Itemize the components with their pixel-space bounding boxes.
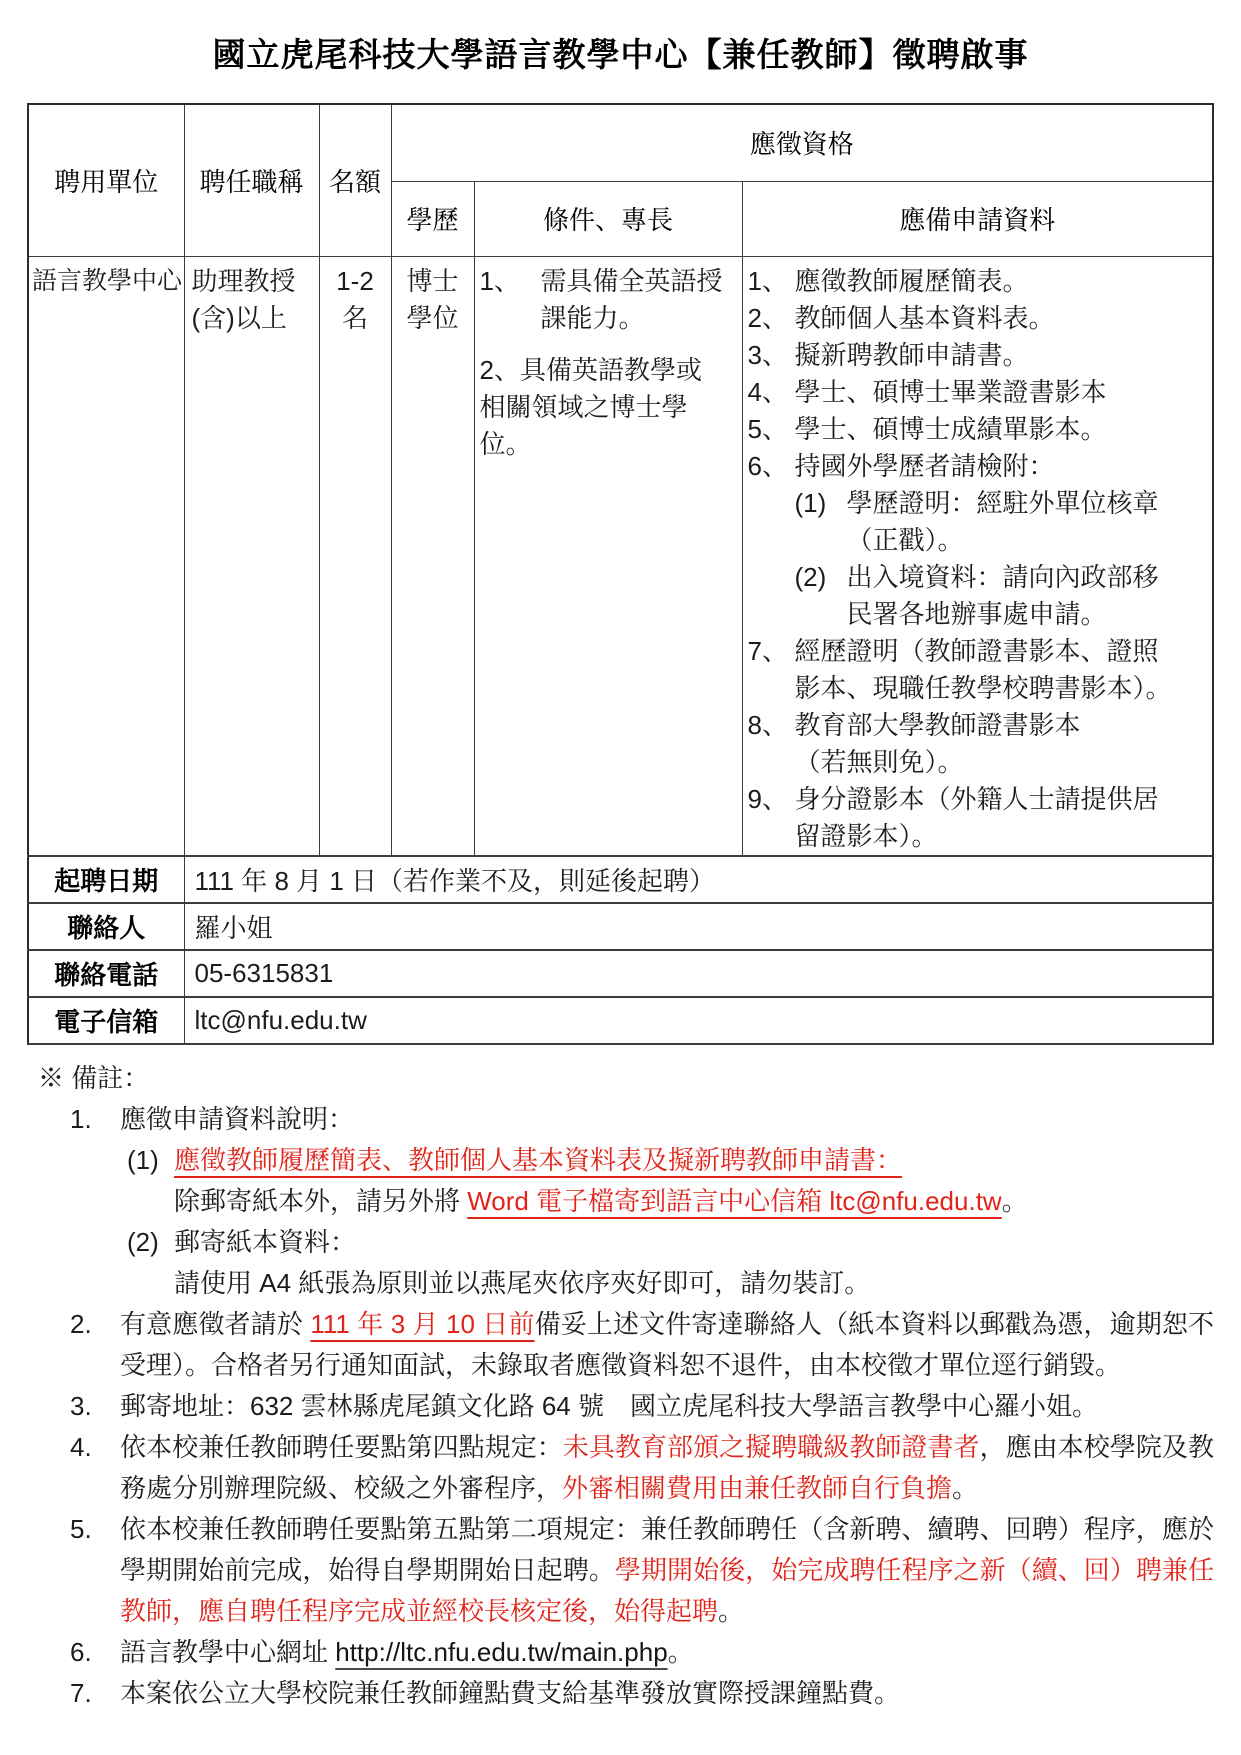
plain-text: 。 xyxy=(668,1637,694,1667)
note-text: 本案依公立大學校院兼任教師鐘點費支給基準發放實際授課鐘點費。 xyxy=(120,1673,1214,1714)
note-subitem-2: (2) 郵寄紙本資料： 請使用 A4 紙張為原則並以燕尾夾依序夾好即可，請勿裝訂… xyxy=(120,1222,1214,1304)
material-item-number: 6、 xyxy=(748,448,795,485)
cell-conditions: 1、 需具備全英語授課能力。 2、具備英語教學或相關領域之博士學位。 xyxy=(474,256,742,856)
plain-text: 。 xyxy=(718,1596,744,1626)
note-item-5: 5. 依本校兼任教師聘任要點第五點第二項規定：兼任教師聘任（含新聘、續聘、回聘）… xyxy=(27,1509,1214,1632)
material-item-text: 學士、碩博士成績單影本。 xyxy=(795,411,1183,448)
material-item-number: 5、 xyxy=(748,411,795,448)
cell-materials: 1、 應徵教師履歷簡表。 2、 教師個人基本資料表。 3、 擬新聘教師申請書。 … xyxy=(742,256,1213,856)
red-underlined-text: Word 電子檔寄到語言中心信箱 ltc@nfu.edu.tw xyxy=(467,1186,1001,1216)
position-line1: 助理教授 xyxy=(192,263,317,300)
condition-item-number: 1、 xyxy=(480,263,541,300)
cell-hiring-unit: 語言教學中心 xyxy=(28,256,184,856)
table-header-row-1: 聘用單位 聘任職稱 名額 應徵資格 xyxy=(28,104,1213,181)
material-item-text: 應徵教師履歷簡表。 xyxy=(795,263,1183,300)
info-value: 05-6315831 xyxy=(184,950,1213,997)
note-number: 1. xyxy=(70,1099,92,1140)
table-row: 語言教學中心 助理教授 (含)以上 1-2 名 博士 學位 1、 需具備全英語授… xyxy=(28,256,1213,856)
note-number: 3. xyxy=(70,1386,92,1427)
quota-line2: 名 xyxy=(320,300,391,337)
info-label: 聯絡人 xyxy=(28,903,184,950)
info-label: 電子信箱 xyxy=(28,997,184,1044)
note-text: 郵寄地址：632 雲林縣虎尾鎮文化路 64 號 國立虎尾科技大學語言教學中心羅小… xyxy=(120,1386,1214,1427)
page-title: 國立虎尾科技大學語言教學中心【兼任教師】徵聘啟事 xyxy=(27,34,1214,76)
education-line2: 學位 xyxy=(392,300,474,337)
note-subitem-text: 郵寄紙本資料： xyxy=(174,1222,1214,1263)
material-subitem-text: 學歷證明：經駐外單位核章（正戳）。 xyxy=(847,485,1183,559)
note-subitem-text: 應徵教師履歷簡表、教師個人基本資料表及擬新聘教師申請書： xyxy=(174,1140,1214,1181)
info-label: 起聘日期 xyxy=(28,856,184,903)
material-item-text: 持國外學歷者請檢附： (1) 學歷證明：經駐外單位核章（正戳）。 (2) 出入境… xyxy=(795,448,1183,633)
note-subitem-number: (2) xyxy=(127,1222,159,1263)
material-subitem: (1) 學歷證明：經駐外單位核章（正戳）。 xyxy=(795,485,1183,559)
material-item-number: 7、 xyxy=(748,633,795,670)
note-subitem-line2: 除郵寄紙本外，請另外將 Word 電子檔寄到語言中心信箱 ltc@nfu.edu… xyxy=(174,1181,1214,1222)
document-page: 國立虎尾科技大學語言教學中心【兼任教師】徵聘啟事 聘用單位 聘任職稱 名額 應徵… xyxy=(0,0,1241,1755)
info-value: 羅小姐 xyxy=(184,903,1213,950)
note-item-6: 6. 語言教學中心網址 http://ltc.nfu.edu.tw/main.p… xyxy=(27,1632,1214,1673)
header-position: 聘任職稱 xyxy=(184,104,319,256)
material-item-text: 擬新聘教師申請書。 xyxy=(795,337,1183,374)
red-underlined-text: 應徵教師履歷簡表、教師個人基本資料表及擬新聘教師申請書： xyxy=(174,1145,902,1175)
info-row-contact-person: 聯絡人 羅小姐 xyxy=(28,903,1213,950)
material-item-number: 8、 xyxy=(748,707,795,744)
info-value: ltc@nfu.edu.tw xyxy=(184,997,1213,1044)
plain-text: 有意應徵者請於 xyxy=(120,1309,310,1339)
note-number: 2. xyxy=(70,1304,92,1345)
material-item-number: 9、 xyxy=(748,781,795,818)
header-education: 學歷 xyxy=(391,181,474,256)
material-item-number: 1、 xyxy=(748,263,795,300)
info-row-email: 電子信箱 ltc@nfu.edu.tw xyxy=(28,997,1213,1044)
condition-item: 1、 需具備全英語授課能力。 xyxy=(480,263,726,337)
note-number: 7. xyxy=(70,1673,92,1714)
note-subitem-number: (1) xyxy=(127,1140,159,1181)
header-qualification: 應徵資格 xyxy=(391,104,1213,181)
recruitment-table: 聘用單位 聘任職稱 名額 應徵資格 學歷 條件、專長 應備申請資料 語言教學中心… xyxy=(27,103,1214,1045)
material-item-text: 學士、碩博士畢業證書影本 xyxy=(795,374,1183,411)
cell-quota: 1-2 名 xyxy=(319,256,391,856)
plain-text: 。 xyxy=(1002,1186,1028,1216)
center-website-link[interactable]: http://ltc.nfu.edu.tw/main.php xyxy=(335,1637,667,1667)
material-subitem-text: 出入境資料：請向內政部移民署各地辦事處申請。 xyxy=(847,559,1183,633)
material-item-number: 2、 xyxy=(748,300,795,337)
header-unit: 聘用單位 xyxy=(28,104,184,256)
plain-text: 依本校兼任教師聘任要點第四點規定： xyxy=(120,1432,563,1462)
note-text: 應徵申請資料說明： xyxy=(120,1099,1214,1140)
plain-text: 除郵寄紙本外，請另外將 xyxy=(174,1186,467,1216)
material-item: 1、 應徵教師履歷簡表。 xyxy=(748,263,1183,300)
plain-text: 。 xyxy=(952,1473,978,1503)
material-item-number: 3、 xyxy=(748,337,795,374)
note-number: 4. xyxy=(70,1427,92,1468)
note-number: 6. xyxy=(70,1632,92,1673)
material-item-text: 教育部大學教師證書影本 （若無則免）。 xyxy=(795,707,1183,781)
note-item-3: 3. 郵寄地址：632 雲林縣虎尾鎮文化路 64 號 國立虎尾科技大學語言教學中… xyxy=(27,1386,1214,1427)
info-label: 聯絡電話 xyxy=(28,950,184,997)
note-subitem-1: (1) 應徵教師履歷簡表、教師個人基本資料表及擬新聘教師申請書： 除郵寄紙本外，… xyxy=(120,1140,1214,1222)
info-row-phone: 聯絡電話 05-6315831 xyxy=(28,950,1213,997)
red-text: 未具教育部頒之擬聘職級教師證書者 xyxy=(563,1432,980,1462)
cell-education: 博士 學位 xyxy=(391,256,474,856)
material-item: 8、 教育部大學教師證書影本 （若無則免）。 xyxy=(748,707,1183,781)
note-item-1: 1. 應徵申請資料說明： (1) 應徵教師履歷簡表、教師個人基本資料表及擬新聘教… xyxy=(27,1099,1214,1304)
material-item: 7、 經歷證明（教師證書影本、證照影本、現職任教學校聘書影本）。 xyxy=(748,633,1183,707)
info-row-start-date: 起聘日期 111 年 8 月 1 日（若作業不及，則延後起聘） xyxy=(28,856,1213,903)
note-item-7: 7. 本案依公立大學校院兼任教師鐘點費支給基準發放實際授課鐘點費。 xyxy=(27,1673,1214,1714)
condition-item: 2、具備英語教學或相關領域之博士學位。 xyxy=(480,352,726,463)
material-item: 4、 學士、碩博士畢業證書影本 xyxy=(748,374,1183,411)
position-line2: (含)以上 xyxy=(192,300,317,337)
red-underlined-deadline: 111 年 3 月 10 日前 xyxy=(310,1309,534,1339)
condition-item-text: 需具備全英語授課能力。 xyxy=(541,263,726,337)
material-subitem-number: (2) xyxy=(795,559,847,596)
material-subitem: (2) 出入境資料：請向內政部移民署各地辦事處申請。 xyxy=(795,559,1183,633)
cell-position: 助理教授 (含)以上 xyxy=(184,256,319,856)
material-item-number: 4、 xyxy=(748,374,795,411)
note-subitem-line2: 請使用 A4 紙張為原則並以燕尾夾依序夾好即可，請勿裝訂。 xyxy=(174,1263,1214,1304)
education-line1: 博士 xyxy=(392,263,474,300)
notes-section: ※ 備註： 1. 應徵申請資料說明： (1) 應徵教師履歷簡表、教師個人基本資料… xyxy=(27,1058,1214,1714)
note-text: 有意應徵者請於 111 年 3 月 10 日前備妥上述文件寄達聯絡人（紙本資料以… xyxy=(120,1304,1214,1386)
notes-remark-label: ※ 備註： xyxy=(27,1058,1214,1099)
note-item-2: 2. 有意應徵者請於 111 年 3 月 10 日前備妥上述文件寄達聯絡人（紙本… xyxy=(27,1304,1214,1386)
material-item: 9、 身分證影本（外籍人士請提供居留證影本）。 xyxy=(748,781,1183,855)
material-item-text: 身分證影本（外籍人士請提供居留證影本）。 xyxy=(795,781,1183,855)
header-conditions: 條件、專長 xyxy=(474,181,742,256)
material-item: 2、 教師個人基本資料表。 xyxy=(748,300,1183,337)
header-quota: 名額 xyxy=(319,104,391,256)
material-subitem-number: (1) xyxy=(795,485,847,522)
red-text: 外審相關費用由兼任教師自行負擔 xyxy=(562,1473,952,1503)
plain-text: 語言教學中心網址 xyxy=(120,1637,335,1667)
header-materials: 應備申請資料 xyxy=(742,181,1213,256)
material-item: 3、 擬新聘教師申請書。 xyxy=(748,337,1183,374)
note-text: 語言教學中心網址 http://ltc.nfu.edu.tw/main.php。 xyxy=(120,1632,1214,1673)
material-item: 5、 學士、碩博士成績單影本。 xyxy=(748,411,1183,448)
note-text: 依本校兼任教師聘任要點第四點規定：未具教育部頒之擬聘職級教師證書者，應由本校學院… xyxy=(120,1427,1214,1509)
material-item: 6、 持國外學歷者請檢附： (1) 學歷證明：經駐外單位核章（正戳）。 (2) … xyxy=(748,448,1183,633)
material-item-text: 教師個人基本資料表。 xyxy=(795,300,1183,337)
note-number: 5. xyxy=(70,1509,92,1550)
info-value: 111 年 8 月 1 日（若作業不及，則延後起聘） xyxy=(184,856,1213,903)
note-text: 依本校兼任教師聘任要點第五點第二項規定：兼任教師聘任（含新聘、續聘、回聘）程序，… xyxy=(120,1509,1214,1632)
material-item-lead: 持國外學歷者請檢附： xyxy=(795,451,1055,481)
material-item-text: 經歷證明（教師證書影本、證照影本、現職任教學校聘書影本）。 xyxy=(795,633,1183,707)
quota-line1: 1-2 xyxy=(320,263,391,300)
note-item-4: 4. 依本校兼任教師聘任要點第四點規定：未具教育部頒之擬聘職級教師證書者，應由本… xyxy=(27,1427,1214,1509)
